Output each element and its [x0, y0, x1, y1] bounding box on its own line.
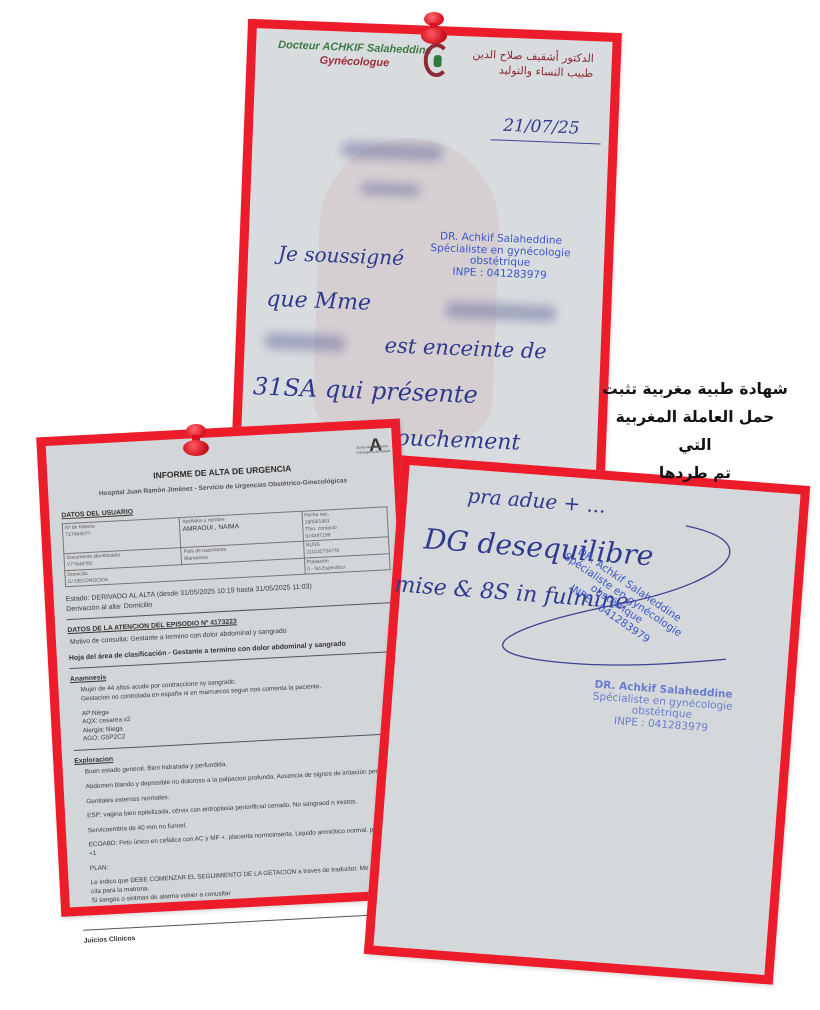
field-value: 0 - No Especifico	[307, 564, 345, 572]
caption-line: حمل العاملة المغربية التي	[600, 403, 790, 459]
field-value: Marruecos	[184, 555, 208, 562]
redacted-text	[360, 182, 420, 196]
arabic-caption: شهادة طبية مغربية تثبت حمل العاملة المغر…	[600, 375, 790, 487]
medical-logo-icon	[423, 43, 450, 78]
hospital-discharge-report: AJunta de AndalucíaConsejería de Salud I…	[36, 418, 425, 916]
push-pin-icon	[183, 424, 209, 458]
field-label: Nº de historia	[65, 524, 95, 532]
field-label: Tfno. contacto	[305, 525, 337, 533]
caption-line: تم طردها	[600, 459, 790, 487]
medical-certificate-bottom: pra adue + ... DG desequilibre mise & 8S…	[364, 455, 810, 984]
field-value: 7174840??	[65, 531, 90, 538]
field-value: 211032?34??0	[306, 548, 339, 556]
patient-data-table: Nº de historia7174840?? Apellidos y nomb…	[62, 507, 391, 588]
doctor-header-arabic: الدكتور أشقيف صلاح الدين طبيب النساء وال…	[472, 46, 594, 81]
section-clinical-judgement: Juicios Clinicos	[83, 920, 409, 946]
field-label: Documento identificador	[66, 553, 120, 562]
handwritten-date: 21/07/25	[503, 116, 580, 139]
push-pin-icon	[421, 12, 447, 46]
handwriting-line: Je soussigné	[278, 241, 405, 270]
caption-line: شهادة طبية مغربية تثبت	[600, 375, 790, 403]
field-label: NUSS	[306, 542, 320, 549]
field-value: Y7?648?82	[67, 561, 93, 568]
redacted-name	[264, 333, 345, 352]
doctor-stamp-faded: DR. Achkif Salaheddine Spécialiste en gy…	[591, 679, 734, 736]
doctor-stamp: DR. Achkif Salaheddine Spécialiste en gy…	[429, 231, 571, 283]
date-underline	[491, 139, 601, 144]
field-value: C/ DECONOCIDA	[68, 577, 109, 585]
doctor-specialty-ar: طبيب النساء والتوليد	[472, 62, 594, 82]
doctor-header-french: Docteur ACHKIF Salaheddine Gynécologue	[277, 39, 432, 72]
handwriting-line: que Mme	[266, 287, 372, 316]
field-value: 624447199	[305, 532, 330, 539]
